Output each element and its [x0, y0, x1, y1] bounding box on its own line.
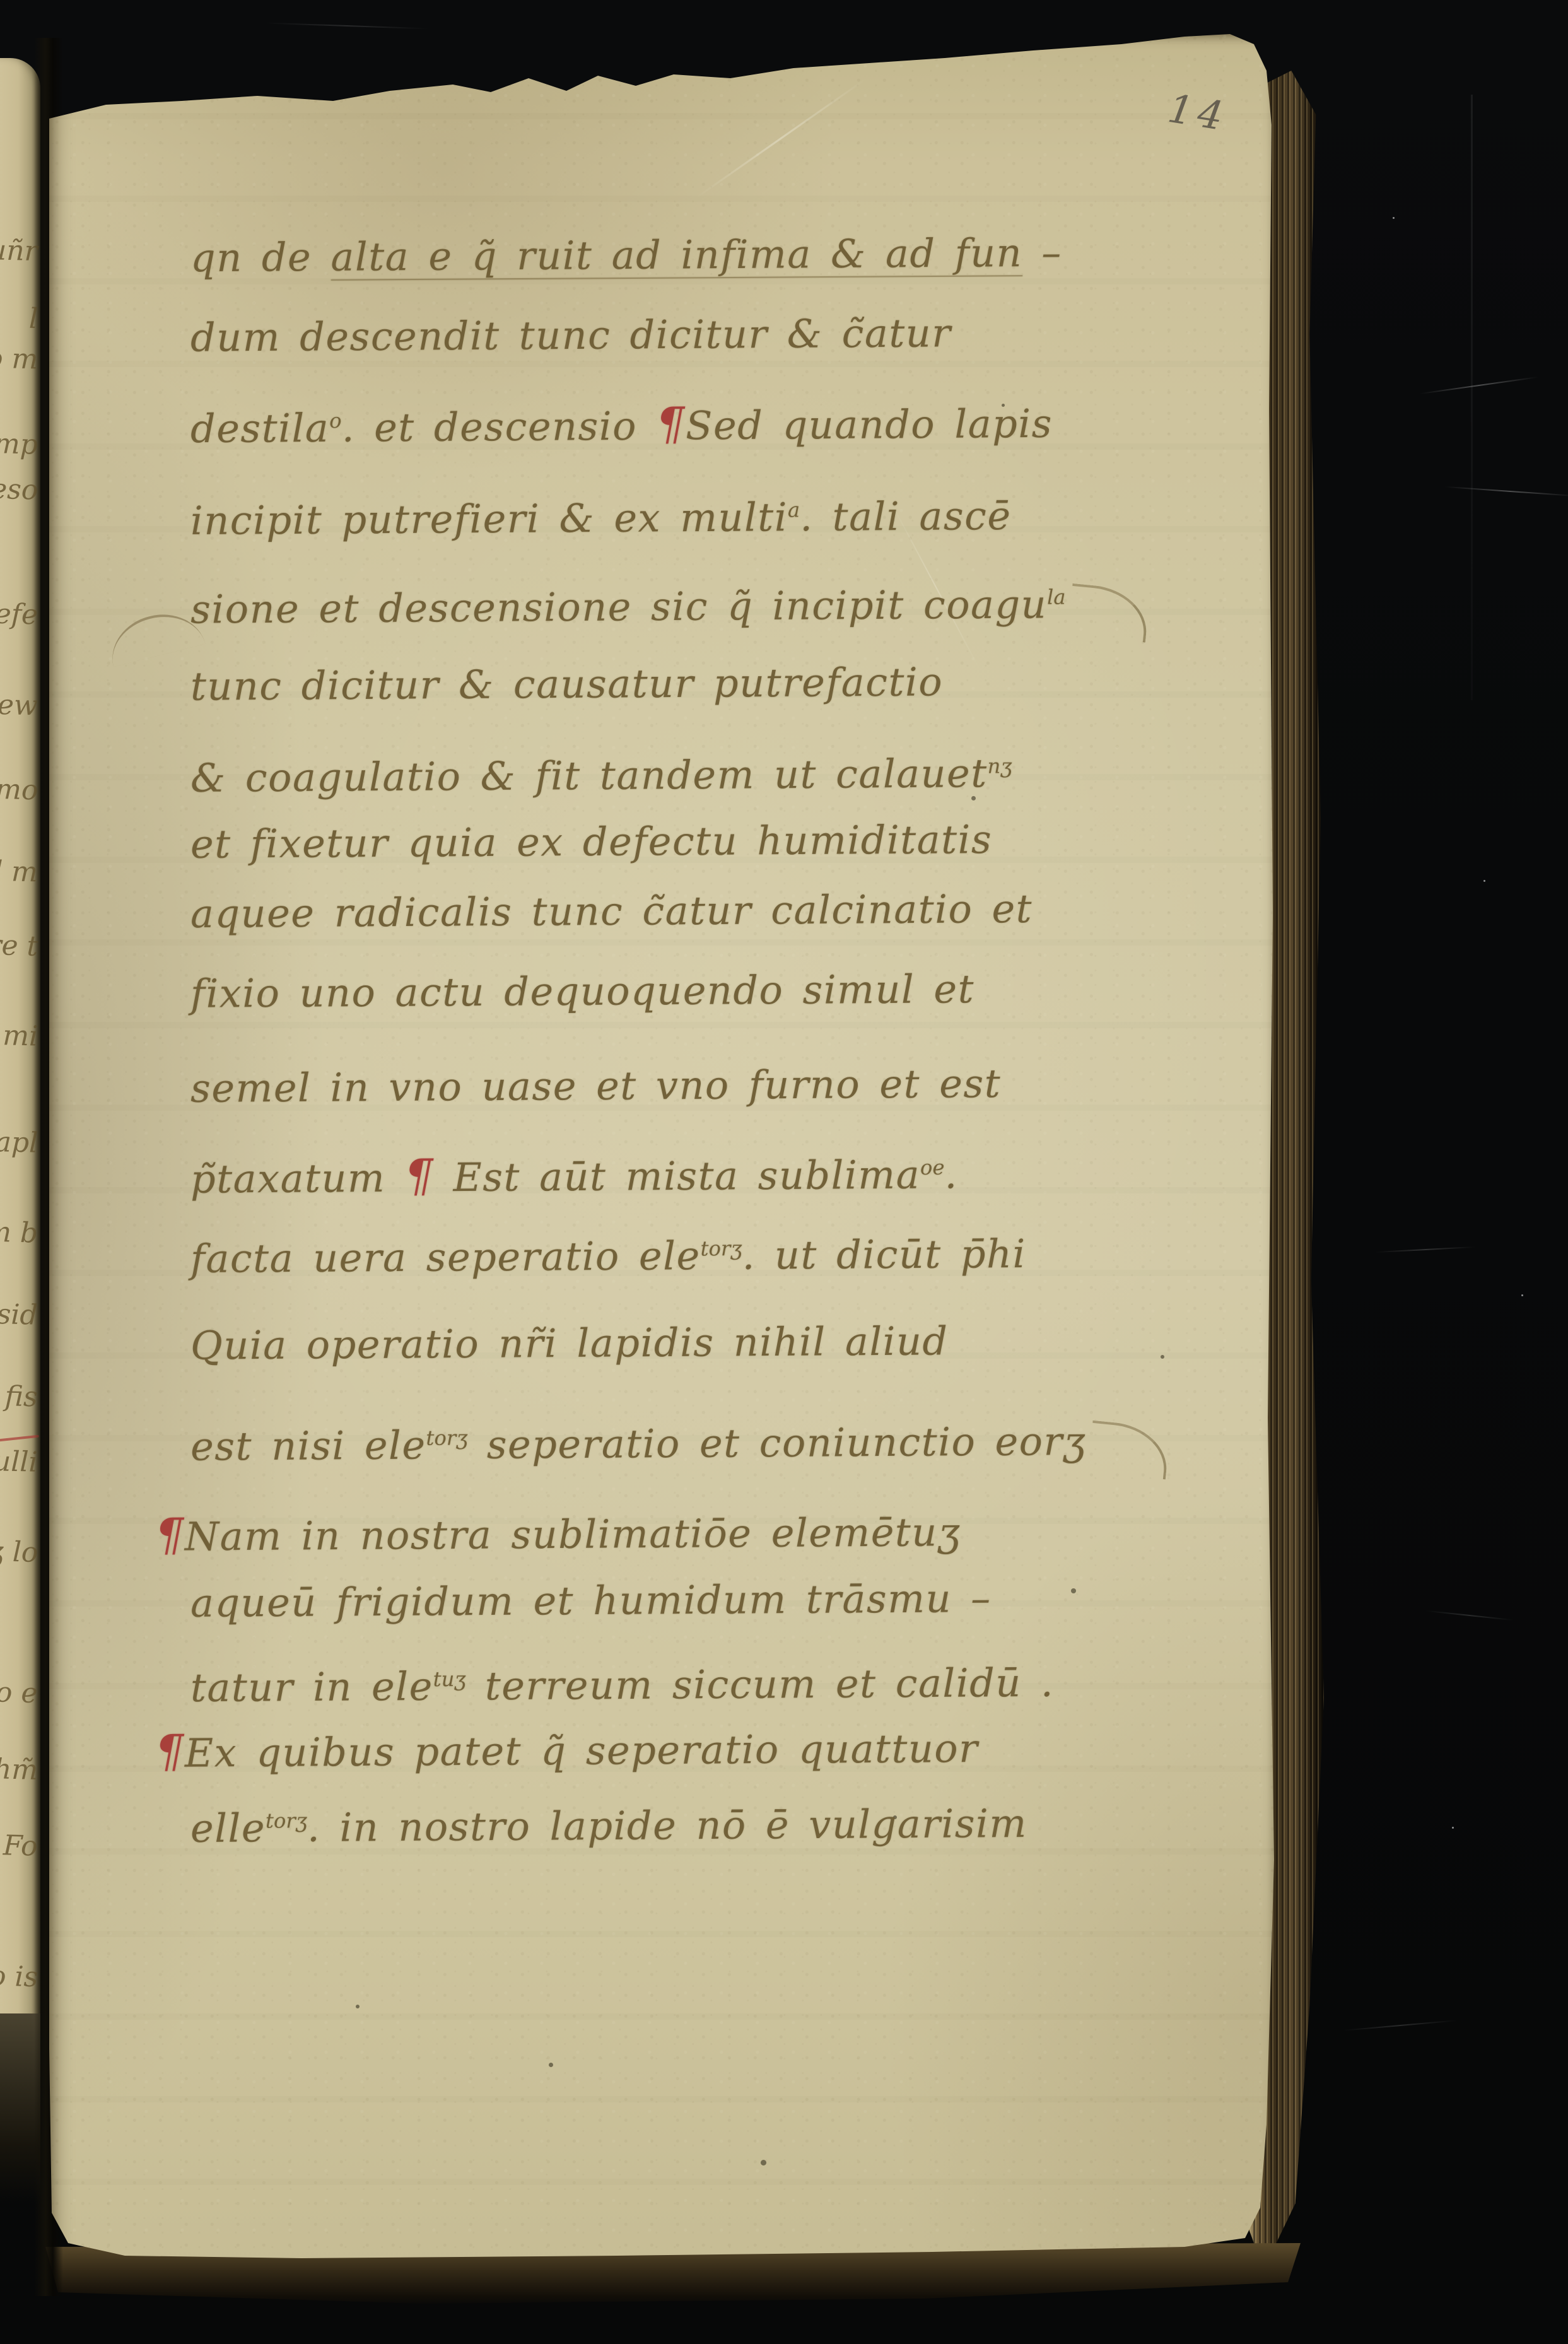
text-segment: . in nostro lapide nō ē vulgarisim [307, 1800, 1027, 1851]
text-segment: . tali ascē [800, 493, 1012, 540]
pen-flourish [1087, 1421, 1170, 1480]
abbreviation-superscript: tuʒ [433, 1667, 466, 1691]
abbreviation-superscript: torʒ [700, 1236, 742, 1260]
manuscript-photo: uñrldo mʒ ampl desotrefecuewramoed mctar… [0, 0, 1568, 2344]
text-segment: tatur in ele [190, 1663, 433, 1711]
manuscript-line-7: & coagulatio & fit tandem ut calauetnʒ [190, 750, 1012, 801]
text-segment: . ut dicūt p̄hi [742, 1231, 1026, 1279]
manuscript-line-13: facta uera seperatio eletorʒ. ut dicūt p… [190, 1231, 1026, 1282]
text-segment: Nam in nostra sublimatiōe elemētuʒ [185, 1509, 961, 1560]
manuscript-line-10: fixio uno actu dequoquendo simul et [190, 966, 974, 1017]
manuscript-line-20: elletorʒ. in nostro lapide nō ē vulgaris… [190, 1800, 1027, 1851]
abbreviation-superscript: nʒ [987, 754, 1012, 778]
text-segment: . [944, 1151, 958, 1197]
manuscript-line-9: aquee radicalis tunc c̃atur calcinatio e… [190, 886, 1033, 937]
text-segment: seperatio et coniunctio eorʒ [467, 1418, 1086, 1468]
manuscript-line-8: et fixetur quia ex defectu humiditatis [190, 816, 993, 867]
text-segment: destila [190, 405, 330, 452]
text-segment: facta uera seperatio ele [190, 1233, 701, 1282]
text-segment: elle [190, 1805, 266, 1851]
text-segment: fixio uno actu dequoquendo simul et [190, 966, 974, 1017]
text-segment: – [1022, 230, 1062, 276]
manuscript-line-14: Quia operatio nr̃i lapidis nihil aliud [190, 1318, 949, 1368]
text-segment: qn de [190, 234, 331, 281]
abbreviation-superscript: o [329, 409, 342, 433]
abbreviation-superscript: la [1047, 585, 1066, 609]
manuscript-line-6: tunc dicitur & causatur putrefactio [190, 659, 943, 709]
pilcrow-mark: ¶ [656, 397, 686, 450]
text-segment: & coagulatio & fit tandem ut calauet [190, 750, 988, 801]
manuscript-line-4: incipit putrefieri & ex multia. tali asc… [190, 493, 1012, 544]
pilcrow-mark: ¶ [404, 1149, 434, 1202]
manuscript-line-17: aqueū frigidum et humidum trāsmu – [190, 1575, 992, 1626]
pilcrow-mark: ¶ [155, 1725, 185, 1778]
manuscript-line-18: tatur in eletuʒ terreum siccum et calidū… [190, 1660, 1055, 1711]
text-segment: aquee radicalis tunc c̃atur calcinatio e… [190, 886, 1033, 937]
text-segment: est nisi ele [190, 1422, 426, 1469]
text-segment: Ex quibus patet q̃ seperatio quattuor [185, 1725, 979, 1776]
text-segment: incipit putrefieri & ex multi [190, 494, 788, 544]
manuscript-line-11: semel in vno uase et vno furno et est [190, 1060, 1002, 1111]
text-segment: et fixetur quia ex defectu humiditatis [190, 816, 993, 867]
text-segment: Sed quando lapis [686, 401, 1053, 449]
text-segment: terreum siccum et calidū . [465, 1660, 1054, 1709]
manuscript-line-19: ¶Ex quibus patet q̃ seperatio quattuor [155, 1720, 979, 1778]
manuscript-line-3: destilao. et descensio ¶Sed quando lapis [190, 396, 1053, 453]
pilcrow-mark: ¶ [155, 1509, 185, 1561]
text-segment: Est aūt mista sublima [434, 1152, 920, 1201]
manuscript-line-16: ¶Nam in nostra sublimatiōe elemētuʒ [155, 1504, 961, 1561]
text-segment: Quia operatio nr̃i lapidis nihil aliud [190, 1318, 949, 1368]
text-segment: tunc dicitur & causatur putrefactio [190, 659, 943, 709]
text-segment: semel in vno uase et vno furno et est [190, 1060, 1002, 1111]
text-segment: aqueū frigidum et humidum trāsmu – [190, 1575, 992, 1626]
abbreviation-superscript: torʒ [426, 1426, 467, 1450]
abbreviation-superscript: oe [920, 1156, 945, 1180]
manuscript-line-15: est nisi eletorʒ seperatio et coniunctio… [190, 1402, 1169, 1469]
abbreviation-superscript: torʒ [266, 1808, 307, 1832]
text-segment: dum descendit tunc dicitur & c̃atur [190, 310, 952, 360]
text-block: qn de alta e q̃ ruit ad infima & ad fun … [0, 0, 1568, 2344]
text-segment: sione et descensione sic q̃ incipit coag… [190, 581, 1047, 632]
text-segment: p̃taxatum [190, 1155, 405, 1202]
manuscript-line-5: sione et descensione sic q̃ incipit coag… [190, 565, 1148, 632]
text-segment: . et descensio [341, 403, 656, 451]
text-segment: alta e q̃ ruit ad infima & ad fun [331, 230, 1022, 280]
pen-flourish [1067, 583, 1150, 643]
abbreviation-superscript: a [788, 498, 800, 522]
manuscript-line-1: qn de alta e q̃ ruit ad infima & ad fun … [190, 230, 1062, 281]
manuscript-line-12: p̃taxatum ¶ Est aūt mista sublimaoe. [190, 1146, 958, 1203]
manuscript-line-2: dum descendit tunc dicitur & c̃atur [190, 310, 952, 360]
